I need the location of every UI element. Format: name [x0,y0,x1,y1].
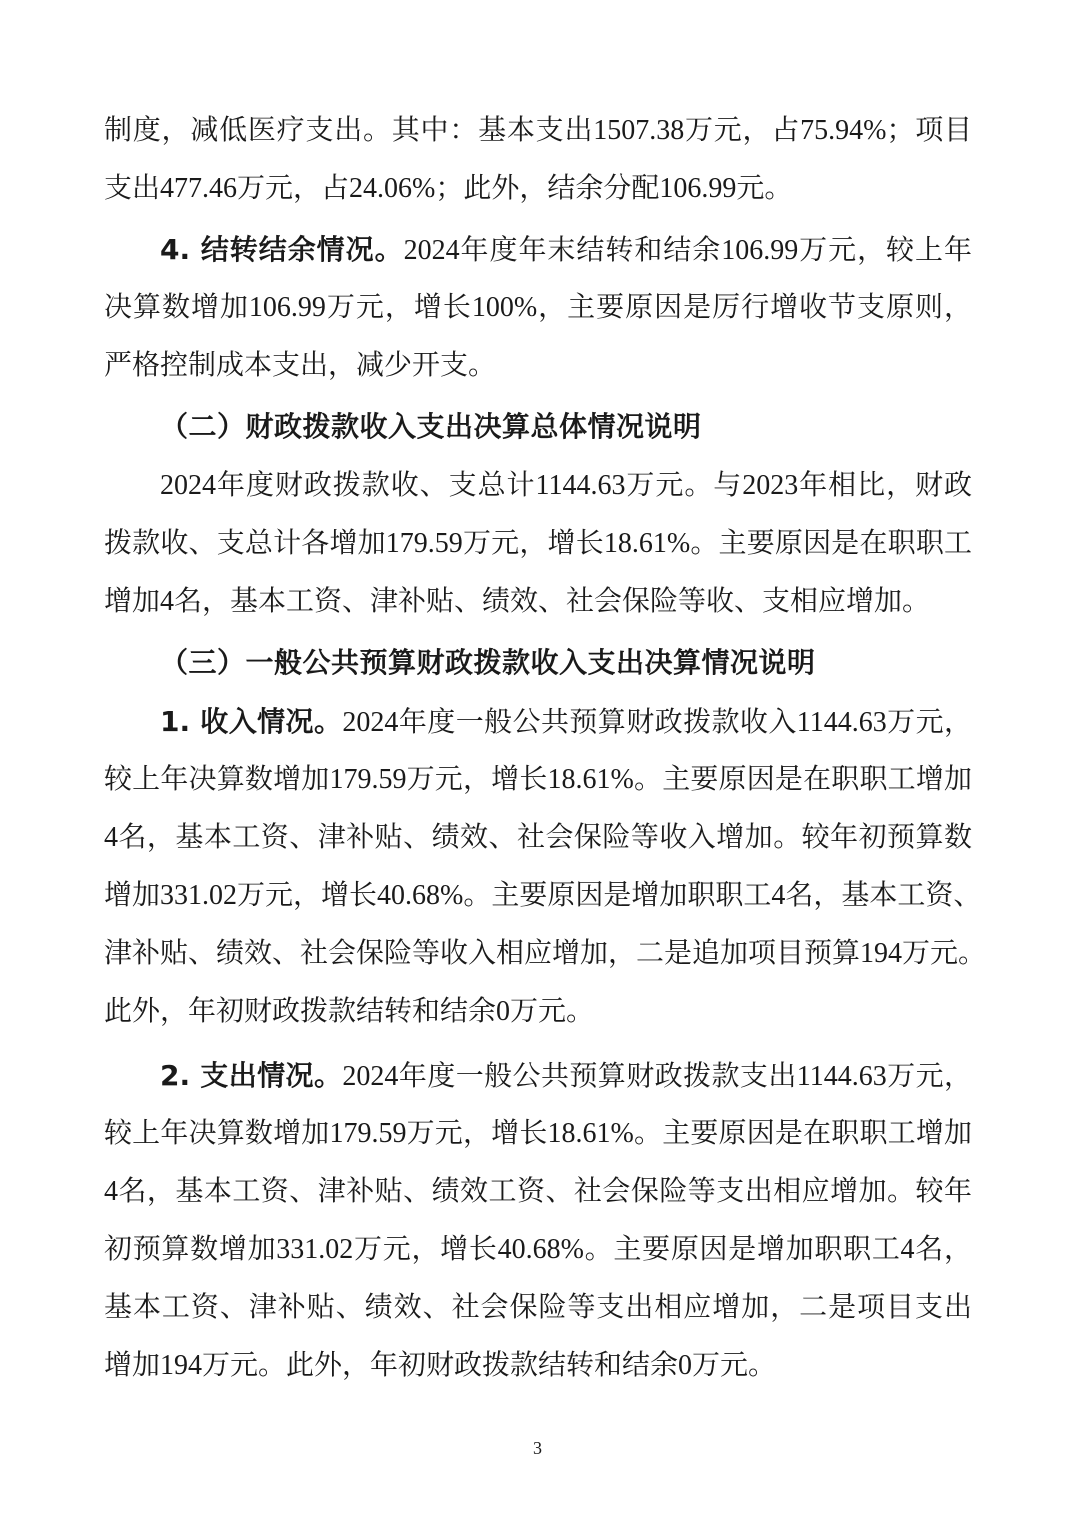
paragraph-lead: 1. 收入情况。 [160,705,342,738]
text-line: 4名，基本工资、津补贴、绩效工资、社会保险等支出相应增加。较年 [104,1174,972,1210]
paragraph-lead: 4. 结转结余情况。 [160,233,404,266]
section-heading: （二）财政拨款收入支出决算总体情况说明 [160,409,702,445]
text-line: 严格控制成本支出，减少开支。 [104,348,972,384]
paragraph-carryover-line: 4. 结转结余情况。2024年度年末结转和结余106.99万元，较上年 [160,232,972,269]
text-line: 增加4名，基本工资、津补贴、绩效、社会保险等收、支相应增加。 [104,584,972,620]
text-span: 2024年度年末结转和结余106.99万元，较上年 [404,235,972,266]
text-line: 制度，减低医疗支出。其中：基本支出1507.38万元，占75.94%；项目 [104,113,972,149]
text-line: 基本工资、津补贴、绩效、社会保险等支出相应增加，二是项目支出 [104,1290,972,1326]
paragraph-lead: 2. 支出情况。 [160,1059,342,1092]
text-line: 较上年决算数增加179.59万元，增长18.61%。主要原因是在职职工增加 [104,1116,972,1152]
text-line: 初预算数增加331.02万元，增长40.68%。主要原因是增加职职工4名， [104,1232,972,1268]
text-line: 津补贴、绩效、社会保险等收入相应增加，二是追加项目预算194万元。 [104,936,972,972]
document-page: 制度，减低医疗支出。其中：基本支出1507.38万元，占75.94%；项目 支出… [0,0,1075,1520]
text-span: 2024年度一般公共预算财政拨款支出1144.63万元， [342,1061,972,1092]
paragraph-income-line: 1. 收入情况。2024年度一般公共预算财政拨款收入1144.63万元， [160,704,972,741]
page-number: 3 [0,1438,1075,1458]
section-heading: （三）一般公共预算财政拨款收入支出决算情况说明 [160,645,816,681]
text-line: 较上年决算数增加179.59万元，增长18.61%。主要原因是在职职工增加 [104,762,972,798]
text-line: 2024年度财政拨款收、支总计1144.63万元。与2023年相比，财政 [160,468,972,504]
text-line: 决算数增加106.99万元，增长100%，主要原因是厉行增收节支原则， [104,290,972,326]
text-line: 增加331.02万元，增长40.68%。主要原因是增加职职工4名，基本工资、 [104,878,972,914]
text-line: 拨款收、支总计各增加179.59万元，增长18.61%。主要原因是在职职工 [104,526,972,562]
text-line: 增加194万元。此外，年初财政拨款结转和结余0万元。 [104,1348,972,1384]
text-line: 支出477.46万元，占24.06%；此外，结余分配106.99元。 [104,171,972,207]
paragraph-expense-line: 2. 支出情况。2024年度一般公共预算财政拨款支出1144.63万元， [160,1058,972,1095]
text-line: 此外，年初财政拨款结转和结余0万元。 [104,994,972,1030]
text-span: 2024年度一般公共预算财政拨款收入1144.63万元， [342,707,972,738]
text-line: 4名，基本工资、津补贴、绩效、社会保险等收入增加。较年初预算数 [104,820,972,856]
